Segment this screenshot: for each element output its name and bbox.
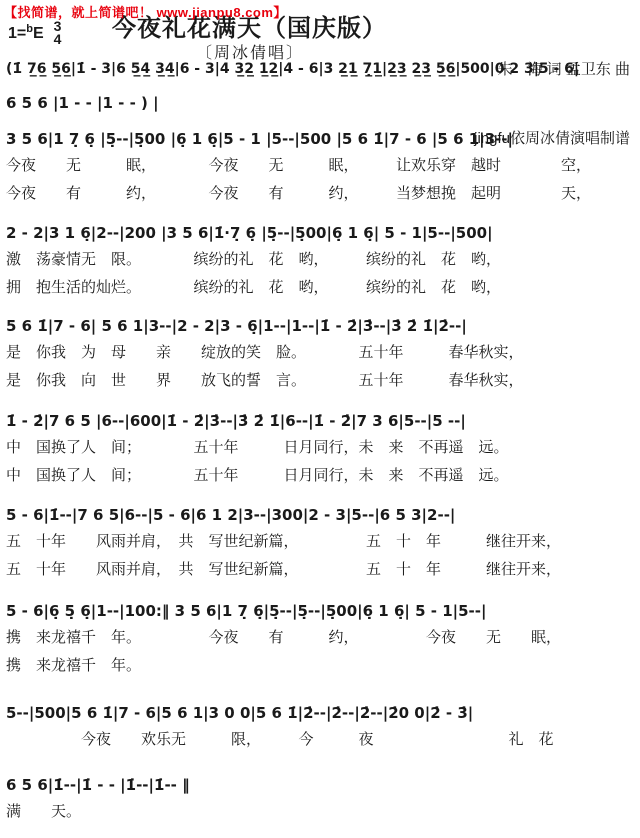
lyrics-line-2: 是 你我 向 世 界 放飞的誓 言。 五十年 春华秋实， xyxy=(6,367,638,395)
lyrics-line-1: 今夜 欢乐无 限， 今 夜 礼 花 xyxy=(6,726,638,754)
notation-system-10: 6 5 6|1̇--|1̇ - - |1̇--|1̇-- ‖ 满 天。 xyxy=(6,772,638,826)
sheet-music-page: { "colors": { "watermark_red": "#e8000d"… xyxy=(0,0,640,838)
notation-system-6: 1̇ - 2̇|7 6 5 |6--|600|1̇ - 2̇|3̇--|3̇ 2… xyxy=(6,408,638,490)
notation-line: 5 - 6|6̣ 5̣ 6̣|1--|100:‖ 3 5 6|1 7̣ 6̣|5… xyxy=(6,598,638,624)
key-prefix: 1= xyxy=(8,25,26,42)
notation-system-3: 3 5 6|1 7̣ 6̣ |5̣--|5̣00 |6̣ 1 6̣|5 - 1 … xyxy=(6,126,638,208)
time-signature: 34 xyxy=(54,20,62,46)
lyrics-line-1: 满 天。 xyxy=(6,798,638,826)
lyrics-line-2: 今夜 有 约， 今夜 有 约， 当梦想挽 起明 天， xyxy=(6,180,638,208)
site-watermark: 【找简谱，就上简谱吧！ www.jianpu8.com】 xyxy=(4,2,287,21)
notation-system-8: 5 - 6|6̣ 5̣ 6̣|1--|100:‖ 3 5 6|1 7̣ 6̣|5… xyxy=(6,598,638,680)
lyrics-line-2: 五 十年 风雨并肩， 共 写世纪新篇， 五 十 年 继往开来， xyxy=(6,556,638,584)
lyrics-line-2: 中 国换了人 间； 五十年 日月同行，未 来 不再遥 远。 xyxy=(6,462,638,490)
meter-denominator: 4 xyxy=(54,33,62,46)
notation-system-1: (1̇ 7̲6̲ 5̲6̲|1̇ - 3|6 5̲4̲ 3̲4̲|6 - 3|4… xyxy=(6,56,638,82)
key-signature: 1=bE34 xyxy=(8,20,61,46)
notation-line: 2 - 2|3 1 6̣|2--|200 |3 5 6|1̇·7̣ 6̣ |5̣… xyxy=(6,220,638,246)
notation-line: 6 5 6|1̇--|1̇ - - |1̇--|1̇-- ‖ xyxy=(6,772,638,798)
lyrics-line-1: 今夜 无 眠， 今夜 无 眠， 让欢乐穿 越时 空， xyxy=(6,152,638,180)
lyrics-line-2: 携 来龙禧千 年。 xyxy=(6,652,638,680)
notation-line: 1̇ - 2̇|7 6 5 |6--|600|1̇ - 2̇|3̇--|3̇ 2… xyxy=(6,408,638,434)
notation-system-7: 5 - 6|1̇--|7 6 5|6--|5 - 6|6 1 2|3--|300… xyxy=(6,502,638,584)
lyrics-line-1: 携 来龙禧千 年。 今夜 有 约， 今夜 无 眠， xyxy=(6,624,638,652)
notation-line: (1̇ 7̲6̲ 5̲6̲|1̇ - 3|6 5̲4̲ 3̲4̲|6 - 3|4… xyxy=(6,56,638,82)
flat-symbol: b xyxy=(26,23,33,35)
notation-system-5: 5 6 1̇|7 - 6| 5 6 1|3--|2 - 2|3 - 6̣|1--… xyxy=(6,313,638,395)
notation-system-4: 2 - 2|3 1 6̣|2--|200 |3 5 6|1̇·7̣ 6̣ |5̣… xyxy=(6,220,638,302)
lyrics-line-1: 五 十年 风雨并肩， 共 写世纪新篇， 五 十 年 继往开来， xyxy=(6,528,638,556)
lyrics-line-1: 中 国换了人 间； 五十年 日月同行，未 来 不再遥 远。 xyxy=(6,434,638,462)
notation-line: 5--|500|5 6 1̇|7 - 6|5 6 1|3 0 0|5 6 1̇|… xyxy=(6,700,638,726)
notation-line: 3 5 6|1 7̣ 6̣ |5̣--|5̣00 |6̣ 1 6̣|5 - 1 … xyxy=(6,126,638,152)
lyrics-line-2: 拥 抱生活的灿烂。 缤纷的礼 花 哟， 缤纷的礼 花 哟， xyxy=(6,274,638,302)
key-tonic: E xyxy=(33,25,44,42)
notation-line: 6 5 6 |1 - - |1 - - ) | xyxy=(6,90,638,116)
notation-system-9: 5--|500|5 6 1̇|7 - 6|5 6 1|3 0 0|5 6 1̇|… xyxy=(6,700,638,754)
notation-line: 5 6 1̇|7 - 6| 5 6 1|3--|2 - 2|3 - 6̣|1--… xyxy=(6,313,638,339)
lyrics-line-1: 是 你我 为 母 亲 绽放的笑 脸。 五十年 春华秋实， xyxy=(6,339,638,367)
lyrics-line-1: 激 荡豪情无 限。 缤纷的礼 花 哟， 缤纷的礼 花 哟， xyxy=(6,246,638,274)
notation-line: 5 - 6|1̇--|7 6 5|6--|5 - 6|6 1 2|3--|300… xyxy=(6,502,638,528)
notation-system-2: 6 5 6 |1 - - |1 - - ) | xyxy=(6,90,638,116)
